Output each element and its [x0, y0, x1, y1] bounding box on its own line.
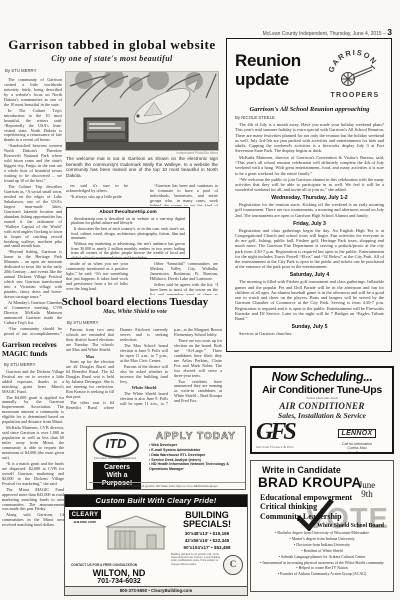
ad-cleary-building: Custom Built With Cleary Pride! CLEARY B… — [64, 494, 248, 596]
lennox-logo: LENNOX — [338, 429, 377, 438]
paragraph: Garrison and the Dickens Village Festiva… — [2, 370, 64, 395]
paragraph: “Our community should be proud of our ac… — [4, 327, 62, 336]
paragraph: The community of Garrison created a litt… — [4, 78, 62, 108]
paragraph: “It always stirs up a little pride — [66, 195, 128, 200]
paragraph: Seats up for the election are #2 Douglas… — [66, 360, 114, 400]
gfs-logo-caption: Garrison Furnace & Elec. — [256, 445, 295, 449]
apply-today-label: APPLY TODAY — [149, 431, 243, 442]
reunion-subhead: Garrison's All School Reunion approachin… — [235, 106, 384, 113]
itd-logo-caption: Information Technology Department — [89, 457, 141, 460]
ad-hvac-title: Now Scheduling... — [256, 370, 388, 384]
paragraph: “Beyond fishing, Garrison is home to the… — [4, 250, 62, 300]
school-board-subhead: Max, White Shield to vote — [46, 309, 224, 315]
schedule-day-header: Wednesday, Thursday, July 1-2 — [235, 195, 384, 201]
paragraph: Patrons from two area schools are remind… — [66, 328, 114, 353]
cleary-logo-sub: BUILDING CORP. — [69, 520, 101, 524]
ground — [66, 142, 218, 150]
ad-cleary-header: Custom Built With Cleary Pride! — [65, 495, 247, 507]
school-board-byline: By STU MERRY — [67, 320, 98, 325]
main-article-column-3-continued: Other “beautiful” communities are Medora… — [150, 262, 218, 295]
masthead: McLean County Independent, Thursday, Jun… — [263, 27, 392, 37]
careers-line: Careers — [93, 464, 141, 472]
magic-headline-line2: MAGIC funds — [2, 349, 47, 358]
building-prices: 30'x48'x13' • $19,169 42'x56'x16' • $22,… — [169, 531, 245, 552]
paragraph: “Sandwiched between western North Dakota… — [4, 144, 62, 184]
job-listings: Web Developer E-mail System Administrato… — [149, 443, 243, 472]
main-article-column-3: “Garrison has been and continues to be f… — [150, 184, 218, 206]
magic-headline-line1: Garrison receives — [2, 340, 57, 349]
paragraph: The Max School board election is June 9.… — [120, 344, 168, 364]
paragraph: Along with Garrison, 14 communities in t… — [2, 513, 64, 528]
photo-caption: The welcome mat is out in Garrison as sh… — [66, 156, 218, 182]
building-specials-title: BUILDING SPECIALS! — [169, 511, 245, 530]
paragraph: Two residents have announced they are ru… — [174, 380, 222, 405]
schedule-text: Registration and class gatherings begin … — [235, 228, 384, 270]
reunion-update-box: Reunion update GARRISON TROOPERS Garriso… — [226, 38, 392, 352]
photo-wally-walleye — [66, 72, 218, 150]
paragraph: “It is a match grant and the funds are d… — [2, 462, 64, 487]
paragraph: inside of us when you see your community… — [66, 262, 128, 292]
schedule-day-header: Saturday, July 4 — [235, 272, 384, 278]
photo-illustration — [66, 72, 218, 150]
ad-itd-footer: Contact us at www.nd.gov/itd • ND State … — [89, 482, 245, 488]
magic-headline: Garrison receives MAGIC funds — [2, 340, 64, 359]
paragraph: The 4th of July is a month away. Have yo… — [235, 122, 384, 154]
ad-air-conditioner: Now Scheduling... Air Conditioner Tune-U… — [250, 366, 394, 454]
price-line: 60'x104'x17' • $53,488 — [169, 545, 245, 552]
ad-itd-careers: ITD Information Technology Department Ca… — [86, 426, 246, 490]
paragraph: ers said it's sure to be acknowledged by… — [66, 184, 128, 194]
itd-logo: ITD — [93, 432, 139, 458]
section-subhead-white-shield: White Shield — [120, 385, 168, 390]
ad-hvac-discount-note: Senior Discounts Avail — [256, 396, 388, 400]
electronic-sign — [84, 118, 128, 142]
paragraph: McKaila Mattesen, director of Garrison's… — [235, 155, 384, 176]
quality-line: Educational empowerment — [260, 493, 368, 502]
school-board-columns: Patrons from two area schools are remind… — [66, 328, 222, 422]
ad-hvac-subtitle: Air Conditioner Tune-Ups — [256, 384, 388, 396]
about-culturetrip-box: About theculturetrip.com theculturetrip.… — [66, 207, 190, 259]
ad-kroupa-board-label: White Shield School Board — [256, 523, 384, 529]
paragraph: The Minot MAGIC Fund approved more than … — [2, 488, 64, 513]
schedule-text: The morning is filled with Frisbee golf … — [235, 279, 384, 321]
price-line: 42'x56'x16' • $22,345 — [169, 538, 245, 545]
ad-cleary-disclaimer: Building pictured is not priced in ad. C… — [171, 553, 223, 566]
about-box-paragraph: Without any marketing or advertising, th… — [71, 242, 185, 259]
ad-kroupa-title: Write in Candidate — [262, 465, 388, 475]
ad-kroupa-qualities: Educational empowerment Critical thinkin… — [260, 493, 368, 521]
credential-line: Founder of Arikara Community Action Grou… — [256, 572, 388, 578]
masthead-text: McLean County Independent, Thursday, Jun… — [263, 31, 386, 37]
schedule-text: Services at Garrison churches. — [235, 331, 384, 336]
ad-hvac-contact-name: Ken Center — [326, 451, 388, 454]
main-article-column-2: ers said it's sure to be acknowledged by… — [66, 184, 128, 206]
paragraph: “We welcome the public to join Garrison … — [235, 177, 384, 193]
schedule-text: Registration for the reunion starts. Kic… — [235, 202, 384, 218]
ad-cleary-phone-number: 701-734-6032 — [79, 578, 159, 585]
cannon-sketch — [342, 65, 376, 86]
paragraph: The $4,000 grant is applied for annually… — [2, 396, 64, 426]
gfs-logo-letters: GFS — [256, 422, 295, 444]
schedule-day-header: Sunday, July 5 — [235, 324, 384, 330]
svg-text:TROOPERS: TROOPERS — [331, 92, 380, 99]
reunion-title-line1: Reunion — [235, 51, 301, 70]
paragraph: There are two seats up for election on t… — [174, 339, 222, 379]
paragraph: McKaila Mattesen, CVB director, said sin… — [2, 426, 64, 461]
quality-line: Community Leadership — [260, 512, 368, 521]
cleary-logo-name: CLEARY — [69, 510, 101, 519]
newspaper-page: McLean County Independent, Thursday, Jun… — [0, 0, 400, 600]
quality-line: Critical thinking — [260, 502, 368, 511]
cleary-logo: CLEARY BUILDING CORP. — [69, 510, 101, 524]
masthead-page-number: 3 — [387, 27, 392, 37]
about-box-paragraph: theculturetrip.com is described on its w… — [71, 217, 185, 226]
main-byline: By STU MERRY — [5, 68, 36, 73]
cleary-seal-icon: C — [223, 555, 243, 575]
schedule-day-header: Friday, July 3 — [235, 221, 384, 227]
building-illustration — [105, 513, 167, 553]
about-box-title: About theculturetrip.com — [71, 210, 185, 215]
paragraph: “Garrison has been and continues to be f… — [150, 184, 218, 206]
magic-byline: By STU MERRY — [4, 362, 64, 367]
careers-line: With a — [93, 472, 141, 480]
paragraph: Other “beautiful” communities are Medora… — [150, 262, 218, 282]
ad-cleary-footer: 800-373-5550 • ClearyBuilding.com — [65, 586, 247, 595]
ad-cleary-contact-line: CONTACT US FOR A FREE CONSULTATION — [71, 563, 167, 567]
specials-line: SPECIALS! — [169, 520, 245, 529]
reunion-byline: By NICOLE STEELE — [235, 115, 384, 120]
paragraph: The Culture Trip describes Garrison as, … — [4, 185, 62, 249]
gfs-logo: GFS Garrison Furnace & Elec. — [256, 422, 295, 454]
ad-hvac-service-line1: AIR CONDITIONER — [256, 401, 388, 411]
main-subhead: City one of state's most beautiful — [4, 54, 220, 63]
price-line: 30'x48'x13' • $19,169 — [169, 531, 245, 538]
reunion-title-line2: update — [235, 70, 289, 89]
school-board-headline: School board elections Tuesday — [46, 296, 224, 308]
about-box-paragraph: It showcases the best of each country's,… — [71, 227, 185, 241]
job-title: ND Health Information Network Technology… — [149, 462, 243, 472]
main-headline: Garrison tabbed in global website — [4, 37, 220, 53]
reunion-title: Reunion update — [235, 45, 301, 89]
paragraph: In The Culture Trip's introduction to th… — [4, 109, 62, 144]
main-article-column-2-continued: inside of us when you see your community… — [66, 262, 128, 295]
garrison-troopers-logo-icon: GARRISON TROOPERS — [326, 45, 384, 101]
ad-brad-kroupa: Write in Candidate BRAD KROUPA June 9th … — [250, 460, 394, 592]
magic-funds-article: Garrison receives MAGIC funds By STU MER… — [2, 340, 64, 596]
ad-cleary-city: WILTON, ND — [79, 568, 159, 578]
paragraph: Jeffers said he agrees with the list: “I… — [150, 283, 218, 295]
ad-kroupa-credentials: Bachelor degree from University of Wisco… — [256, 531, 388, 578]
paragraph: Patrons of the district will also be ask… — [120, 365, 168, 385]
photo-credit: Independent Photo/Stu Merry — [66, 151, 218, 155]
